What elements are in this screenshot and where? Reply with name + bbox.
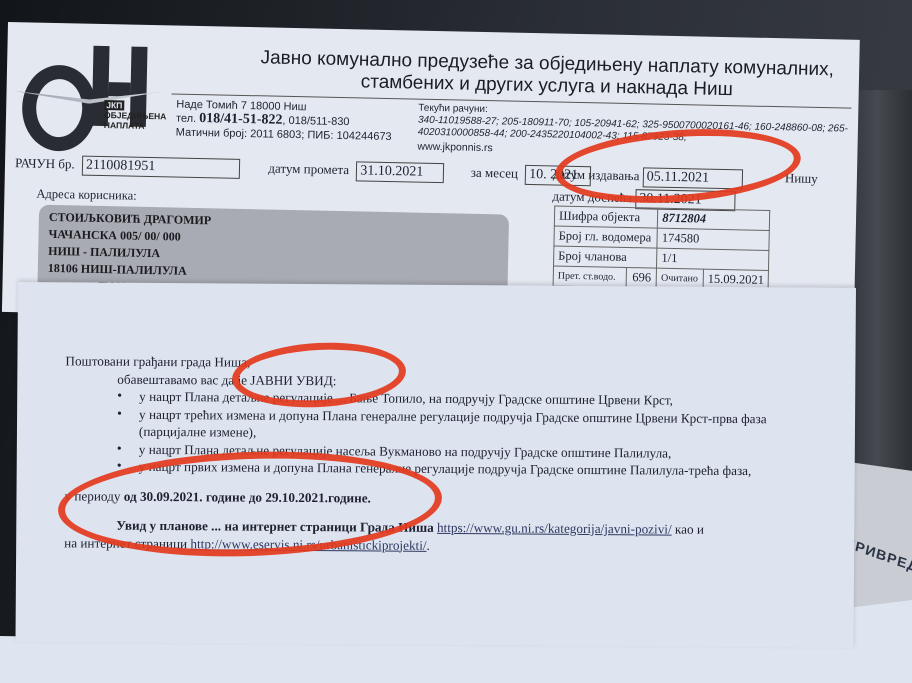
link-gu-ni[interactable]: https://www.gu.ni.rs/kategorija/javni-po… — [437, 520, 672, 537]
turnover-date: 31.10.2021 — [356, 161, 444, 183]
company-title: Јавно комунално предузеће за обједињену … — [237, 47, 858, 104]
user-address-label: Адреса корисника: — [36, 187, 137, 204]
company-contact: Наде Томић 7 18000 Ниш тел. 018/41-51-82… — [176, 98, 393, 145]
logo-o-shape — [21, 64, 97, 152]
bill-info-row: РАЧУН бр. 2110081951 датум промета 31.10… — [15, 154, 592, 186]
jkp-logo: ЈКП ОБЈЕДИЊЕНА НАПЛАТА — [14, 44, 166, 137]
company-website: www.jkponnis.rs — [417, 141, 493, 155]
list-item: у нацрт трећих измена и допуна Плана ген… — [117, 405, 825, 445]
bill-number: 2110081951 — [82, 156, 240, 179]
logo-label: ЈКП ОБЈЕДИЊЕНА НАПЛАТА — [104, 100, 167, 131]
